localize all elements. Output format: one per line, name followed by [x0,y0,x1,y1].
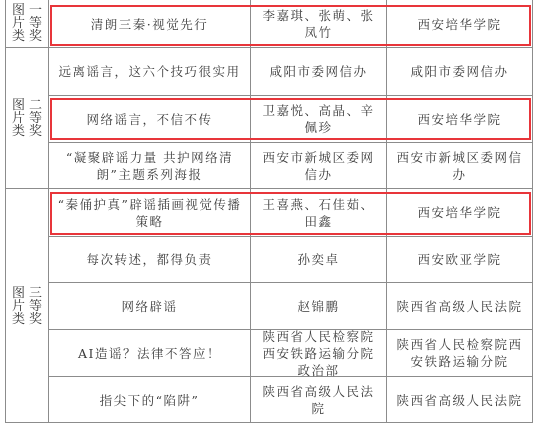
table-row: AI造谣？法律不答应！ 陕西省人民检察院西安铁路运输分院政治部 陕西省人民检察院… [49,330,532,377]
awards-table: 图 片 类 一 等 奖 清朗三秦·视觉先行 李嘉琪、张萌、张凤竹 西安培华学院 … [5,0,533,423]
title-cell: “秦俑护真”辟谣插画视觉传播策略 [49,189,251,236]
table-row: 清朗三秦·视觉先行 李嘉琪、张萌、张凤竹 西安培华学院 [49,0,532,48]
table-row: 网络辟谣 赵锦鹏 陕西省高级人民法院 [49,283,532,330]
category-label: 图 片 类 [12,4,25,43]
award-label: 一 等 奖 [29,4,42,43]
title-cell: 远离谣言，这六个技巧很实用 [49,48,251,95]
unit-cell: 陕西省高级人民法院 [387,283,532,329]
unit-cell: 陕西省人民检察院西安铁路运输分院 [387,330,532,376]
unit-cell: 西安培华学院 [387,0,532,48]
table-row: 每次转述，都得负责 孙奕卓 西安欧亚学院 [49,237,532,283]
authors-cell: 卫嘉悦、高晶、辛佩珍 [251,96,387,142]
unit-cell: 西安市新城区委网信办 [387,143,532,189]
category-label: 图 片 类 [12,99,25,138]
title-cell: 清朗三秦·视觉先行 [49,0,251,48]
title-cell: 指尖下的“陷阱” [49,377,251,423]
award-label: 三 等 奖 [29,287,42,326]
authors-cell: 陕西省高级人民法院 [251,377,387,423]
table-row: 网络谣言，不信不传 卫嘉悦、高晶、辛佩珍 西安培华学院 [49,96,532,143]
category-cell: 图 片 类 一 等 奖 [6,0,49,47]
title-cell: 网络辟谣 [49,283,251,329]
authors-cell: 陕西省人民检察院西安铁路运输分院政治部 [251,330,387,376]
authors-cell: 李嘉琪、张萌、张凤竹 [251,0,387,48]
category-label: 图 片 类 [12,287,25,326]
title-cell: 网络谣言，不信不传 [49,96,251,142]
section-third-prize: 图 片 类 三 等 奖 “秦俑护真”辟谣插画视觉传播策略 王喜燕、石佳茹、田鑫 … [6,189,532,423]
unit-cell: 陕西省高级人民法院 [387,377,532,423]
unit-cell: 西安培华学院 [387,96,532,142]
authors-cell: 西安市新城区委网信办 [251,143,387,189]
section-first-prize: 图 片 类 一 等 奖 清朗三秦·视觉先行 李嘉琪、张萌、张凤竹 西安培华学院 [6,0,532,48]
authors-cell: 孙奕卓 [251,237,387,282]
category-cell: 图 片 类 二 等 奖 [6,48,49,188]
unit-cell: 咸阳市委网信办 [387,48,532,95]
table-row: “凝聚辟谣力量 共护网络清朗”主题系列海报 西安市新城区委网信办 西安市新城区委… [49,143,532,189]
award-label: 二 等 奖 [29,99,42,138]
title-cell: “凝聚辟谣力量 共护网络清朗”主题系列海报 [49,143,251,189]
unit-cell: 西安培华学院 [387,189,532,236]
title-cell: 每次转述，都得负责 [49,237,251,282]
table-row: 远离谣言，这六个技巧很实用 咸阳市委网信办 咸阳市委网信办 [49,48,532,96]
section-second-prize: 图 片 类 二 等 奖 远离谣言，这六个技巧很实用 咸阳市委网信办 咸阳市委网信… [6,48,532,189]
unit-cell: 西安欧亚学院 [387,237,532,282]
authors-cell: 王喜燕、石佳茹、田鑫 [251,189,387,236]
category-cell: 图 片 类 三 等 奖 [6,189,49,423]
table-row: “秦俑护真”辟谣插画视觉传播策略 王喜燕、石佳茹、田鑫 西安培华学院 [49,189,532,237]
authors-cell: 赵锦鹏 [251,283,387,329]
authors-cell: 咸阳市委网信办 [251,48,387,95]
table-row: 指尖下的“陷阱” 陕西省高级人民法院 陕西省高级人民法院 [49,377,532,423]
title-cell: AI造谣？法律不答应！ [49,330,251,376]
